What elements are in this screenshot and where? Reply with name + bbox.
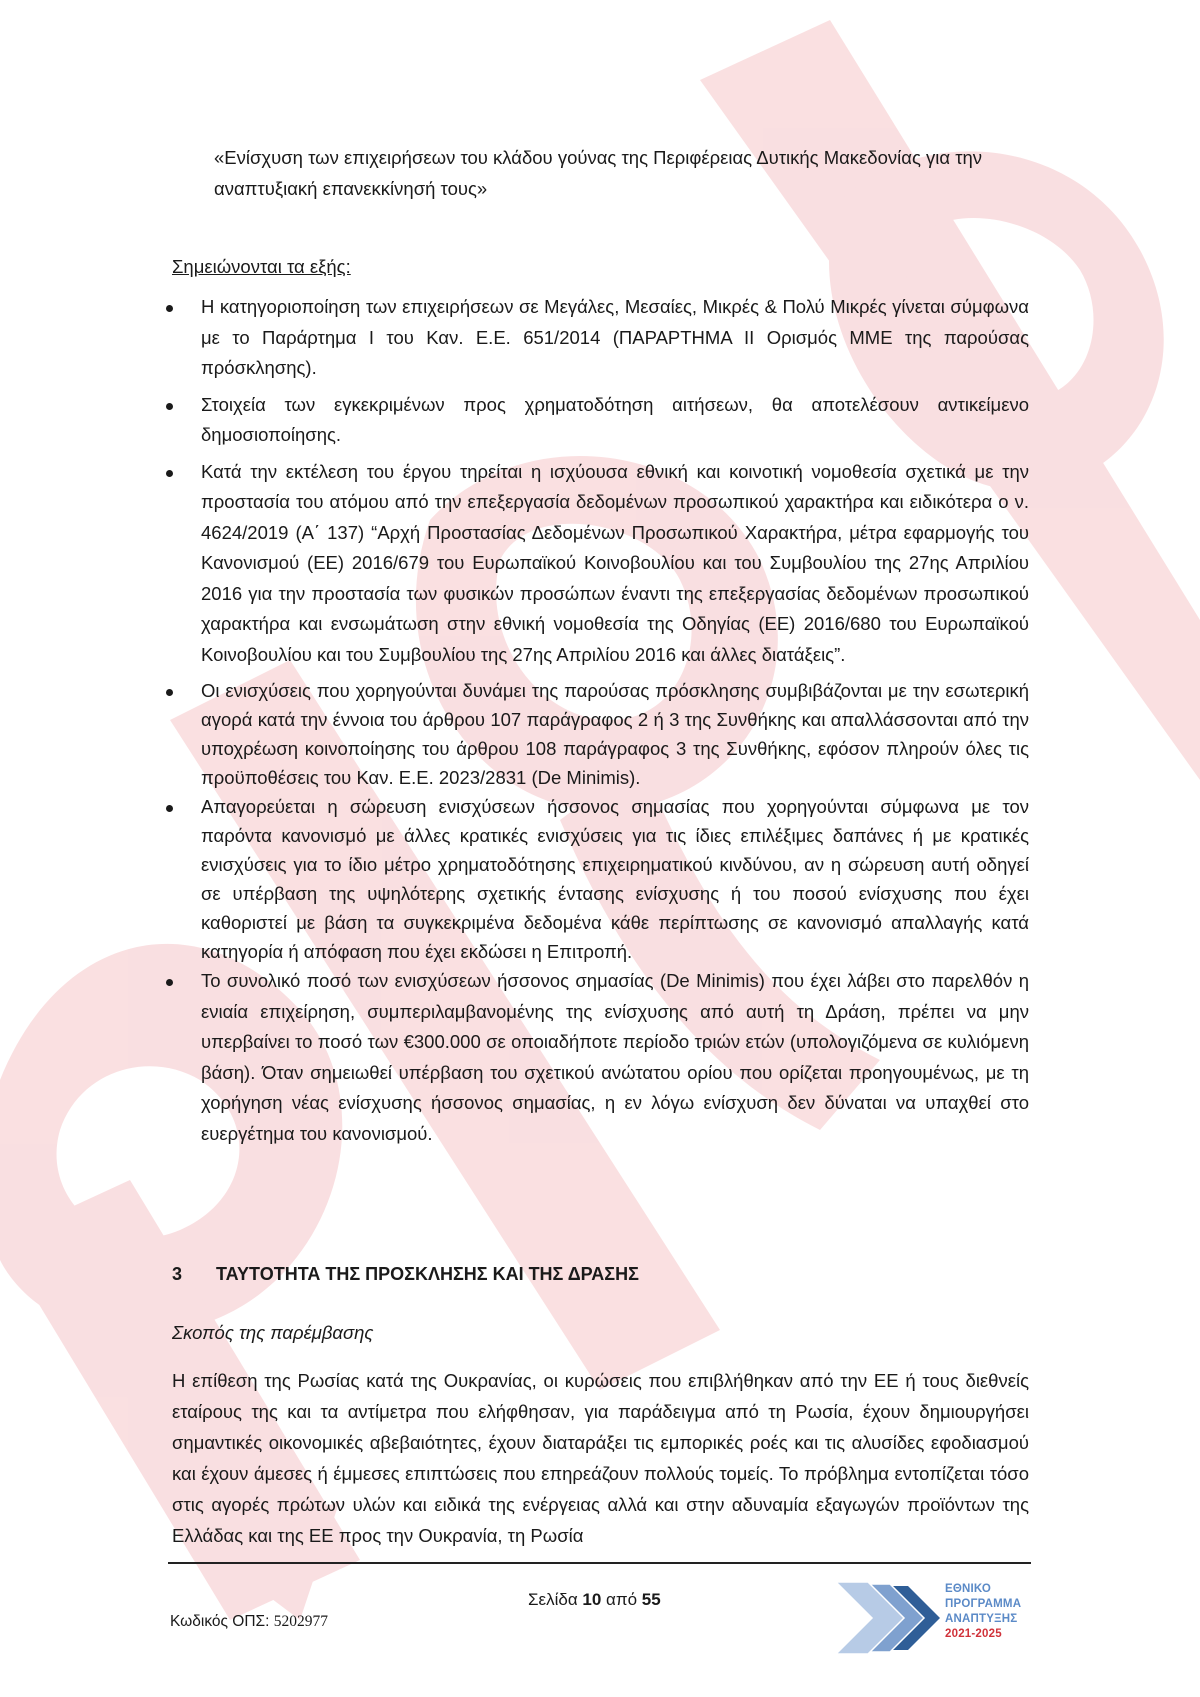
logo-line-3: ΑΝΑΠΤΥΞΗΣ — [945, 1612, 1021, 1627]
body-paragraph: Η επίθεση της Ρωσίας κατά της Ουκρανίας,… — [172, 1365, 1029, 1551]
section-title: ΤΑΥΤΟΤΗΤΑ ΤΗΣ ΠΡΟΣΚΛΗΣΗΣ ΚΑΙ ΤΗΣ ΔΡΑΣΗΣ — [216, 1264, 639, 1284]
section-heading: 3ΤΑΥΤΟΤΗΤΑ ΤΗΣ ΠΡΟΣΚΛΗΣΗΣ ΚΑΙ ΤΗΣ ΔΡΑΣΗΣ — [172, 1264, 639, 1285]
list-item: Στοιχεία των εγκεκριμένων προς χρηματοδό… — [160, 390, 1029, 451]
list-item-text: Απαγορεύεται η σώρευση ενισχύσεων ήσσονο… — [201, 796, 1029, 962]
document-page: «Ενίσχυση των επιχειρήσεων του κλάδου γο… — [0, 0, 1200, 1697]
list-item: Το συνολικό ποσό των ενισχύσεων ήσσονος … — [160, 966, 1029, 1149]
bullet-icon — [166, 470, 173, 477]
page-number: Σελίδα 10 από 55 — [528, 1590, 661, 1610]
list-item: Απαγορεύεται η σώρευση ενισχύσεων ήσσονο… — [160, 792, 1029, 966]
list-item: Η κατηγοριοποίηση των επιχειρήσεων σε Με… — [160, 292, 1029, 384]
section-number: 3 — [172, 1264, 216, 1285]
list-item-text: Η κατηγοριοποίηση των επιχειρήσεων σε Με… — [201, 296, 1029, 378]
list-item-text: Κατά την εκτέλεση του έργου τηρείται η ι… — [201, 461, 1029, 665]
list-item-text: Οι ενισχύσεις που χορηγούνται δυνάμει τη… — [201, 680, 1029, 788]
bullet-icon — [166, 979, 173, 986]
notes-heading: Σημειώνονται τα εξής: — [172, 256, 351, 278]
bullet-icon — [166, 689, 173, 696]
page-prefix: Σελίδα — [528, 1590, 578, 1609]
logo-years: 2021-2025 — [945, 1627, 1021, 1642]
ops-label: Κωδικός ΟΠΣ: — [170, 1613, 269, 1630]
logo-line-1: ΕΘΝΙΚΟ — [945, 1582, 1021, 1597]
page-of: από — [606, 1590, 637, 1609]
bullet-icon — [166, 403, 173, 410]
list-item: Οι ενισχύσεις που χορηγούνται δυνάμει τη… — [160, 676, 1029, 792]
action-title-quote: «Ενίσχυση των επιχειρήσεων του κλάδου γο… — [214, 142, 1029, 204]
logo-line-2: ΠΡΟΓΡΑΜΜΑ — [945, 1597, 1021, 1612]
subsection-heading: Σκοπός της παρέμβασης — [172, 1322, 373, 1344]
page-current: 10 — [582, 1590, 601, 1609]
list-item: Κατά την εκτέλεση του έργου τηρείται η ι… — [160, 457, 1029, 671]
ops-code-value: 5202977 — [274, 1613, 328, 1630]
page-total: 55 — [642, 1590, 661, 1609]
list-item-text: Στοιχεία των εγκεκριμένων προς χρηματοδό… — [201, 394, 1029, 446]
bullet-icon — [166, 805, 173, 812]
notes-list: Η κατηγοριοποίηση των επιχειρήσεων σε Με… — [160, 292, 1029, 1155]
footer-divider — [168, 1562, 1031, 1564]
ops-code: Κωδικός ΟΠΣ: 5202977 — [170, 1613, 328, 1631]
bullet-icon — [166, 305, 173, 312]
program-logo-text: ΕΘΝΙΚΟ ΠΡΟΓΡΑΜΜΑ ΑΝΑΠΤΥΞΗΣ 2021-2025 — [945, 1582, 1021, 1642]
list-item-text: Το συνολικό ποσό των ενισχύσεων ήσσονος … — [201, 970, 1029, 1144]
